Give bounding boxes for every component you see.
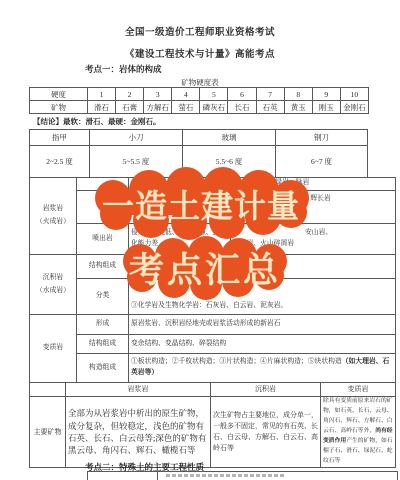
sedimentary-structure-label: 结构组成: [77, 255, 129, 279]
document-page: 全国一级造价工程师职业资格考试 《建设工程技术与计量》高能考点 考点一：岩体的构…: [0, 0, 400, 480]
tools-header-row: 指甲 小刀 玻璃 钢刀: [30, 130, 368, 146]
stamp-text-line1: 一造土建计量: [102, 181, 300, 227]
degree-cell: 6~7 度: [276, 146, 368, 178]
mineral-cell: 黄玉: [284, 101, 312, 114]
hardness-cell: 3: [144, 88, 172, 101]
tool-cell: 钢刀: [276, 130, 368, 146]
mineral-cell: 刚玉: [312, 101, 340, 114]
mineral-cell: 长石: [228, 101, 256, 114]
sedimentary-class-label: 分类: [77, 279, 129, 315]
doc-title-line2: 《建设工程技术与计量》高能考点: [0, 46, 400, 60]
minerals-body-row: 主要矿物 全部为从岩浆岩中析出的原生矿物，成分复杂，但较稳定，浅色的矿物有石英、…: [30, 397, 396, 468]
tools-degrees-row: 2~2.5 度 5~5.5 度 5.5~6 度 6~7 度: [30, 146, 368, 178]
metamorphic-header: 变质岩: [321, 383, 396, 397]
metamorphic-structure-description: 变余结构、变晶结构、碎裂结构: [129, 335, 396, 354]
stamp-text-line2: 考点汇总: [129, 243, 281, 293]
hardness-cell: 8: [284, 88, 312, 101]
metamorphic-structure-label: 结构组成: [77, 335, 129, 354]
conclusion-note: 【结论】最软：滑石、最硬：金刚石。: [33, 116, 161, 127]
construct-desc-normal: ①板状构造；②千枚状构造；③片状构造；④片麻状构造；⑤块状构造: [131, 358, 342, 365]
metamorphic-minerals-description: 除具有变质前原来岩石的矿物，如石英、长石、云母、角闪石、辉石、方解石、白云石、高…: [321, 397, 396, 468]
igneous-label-line2: （火成岩）: [32, 216, 74, 229]
tool-cell: 小刀: [90, 130, 183, 146]
sedimentary-minerals-description: 次生矿物占主要地位，成分单一，一般多不固定，常见的有石英、长石、白云母、方解石、…: [211, 397, 321, 468]
sedimentary-label-line1: 沉积岩: [32, 272, 74, 285]
degree-cell: 5.5~6 度: [183, 146, 276, 178]
extrusive-examples-line1: 安山岩、: [233, 228, 393, 239]
section-heading-1: 考点一：岩体的构成: [85, 63, 162, 75]
mineral-cell: 萤石: [172, 101, 200, 114]
sedimentary-label-cell: 沉积岩 （水成岩）: [30, 255, 77, 315]
tool-cell: 玻璃: [183, 130, 276, 146]
hardness-cell: 5: [200, 88, 228, 101]
metamorphic-row-3: 构造组成 ①板状构造；②千枚状构造；③片状构造；④片麻状构造；⑤块状构造（如大理…: [30, 354, 396, 383]
mineral-cell: 滑石: [88, 101, 116, 114]
degree-cell: 5~5.5 度: [90, 146, 183, 178]
hardness-cell: 9: [312, 88, 340, 101]
hardness-cell: 2: [116, 88, 144, 101]
doc-title-line1: 全国一级造价工程师职业资格考试: [0, 24, 400, 38]
igneous-header: 岩浆岩: [66, 383, 211, 397]
mineral-hardness-table: 硬度 1 2 3 4 5 6 7 8 9 10 矿物 滑石 石膏 方解石 萤石 …: [29, 87, 369, 114]
extrusive-label: 喷出岩: [77, 224, 129, 255]
minerals-header-row: 岩浆岩 沉积岩 变质岩: [30, 383, 396, 397]
mineral-cell: 方解石: [144, 101, 172, 114]
hardness-tools-table: 指甲 小刀 玻璃 钢刀 2~2.5 度 5~5.5 度 5.5~6 度 6~7 …: [29, 129, 368, 178]
tool-cell: 指甲: [30, 130, 90, 146]
main-minerals-label: 主要矿物: [30, 397, 66, 468]
metamorphic-label-cell: 变质岩: [30, 315, 77, 383]
empty-corner-cell: [30, 383, 66, 397]
mineral-cell: 金刚石: [340, 101, 368, 114]
metamorphic-form-description: 原岩浆岩、沉积岩经地壳或岩浆活动形成的新岩石: [129, 315, 396, 335]
hardness-cell: 硬度: [30, 88, 88, 101]
igneous-minerals-description: 全部为从岩浆岩中析出的原生矿物，成分复杂，但较稳定，浅色的矿物有石英、长石、白云…: [66, 397, 211, 468]
hardness-cell: 1: [88, 88, 116, 101]
metamorphic-construct-label: 构造组成: [77, 354, 129, 383]
hardness-cell: 10: [340, 88, 368, 101]
mineral-cell: 矿物: [30, 101, 88, 114]
truncated-next-table: [87, 471, 398, 480]
mineral-cell: 石英: [256, 101, 284, 114]
mineral-cell: 磷灰石: [200, 101, 228, 114]
sedimentary-header: 沉积岩: [211, 383, 321, 397]
metamorphic-row-2: 结构组成 变余结构、变晶结构、碎裂结构: [30, 335, 396, 354]
hardness-cell: 6: [228, 88, 256, 101]
hardness-minerals-row: 矿物 滑石 石膏 方解石 萤石 磷灰石 长石 石英 黄玉 刚玉 金刚石: [30, 101, 369, 114]
sedimentary-label-line2: （水成岩）: [32, 285, 74, 298]
metamorphic-form-label: 形成: [77, 315, 129, 335]
degree-cell: 2~2.5 度: [30, 146, 90, 178]
main-minerals-table: 岩浆岩 沉积岩 变质岩 主要矿物 全部为从岩浆岩中析出的原生矿物，成分复杂，但较…: [29, 382, 396, 468]
metamorphic-row-1: 变质岩 形成 原岩浆岩、沉积岩经地壳或岩浆活动形成的新岩石: [30, 315, 396, 335]
clipped-text-smudge: [166, 474, 284, 477]
table-divider-line: [157, 472, 158, 480]
igneous-label-cell: 岩浆岩 （火成岩）: [30, 178, 77, 255]
mineral-cell: 石膏: [116, 101, 144, 114]
hardness-cell: 4: [172, 88, 200, 101]
metamorphic-construct-description: ①板状构造；②千枚状构造；③片状构造；④片麻状构造；⑤块状构造（如大理岩、石英岩…: [129, 354, 396, 383]
igneous-label-line1: 岩浆岩: [32, 203, 74, 216]
hardness-header-row: 硬度 1 2 3 4 5 6 7 8 9 10: [30, 88, 369, 101]
hardness-cell: 7: [256, 88, 284, 101]
